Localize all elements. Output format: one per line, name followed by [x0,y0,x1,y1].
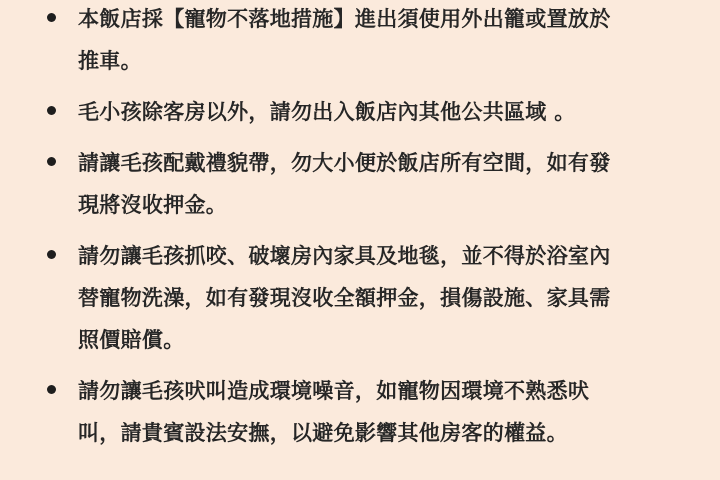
rule-item-furniture-damage: 請勿讓毛孩抓咬、破壞房內家具及地毯，並不得於浴室內 替寵物洗澡，如有發現沒收全額… [0,235,720,361]
bullet-icon [47,157,56,166]
bullet-icon [47,106,56,115]
pet-rules-list: 本飯店採【寵物不落地措施】進出須使用外出籠或置放於 推車。 毛小孩除客房以外，請… [0,0,720,463]
rule-item-manner-belt: 請讓毛孩配戴禮貌帶，勿大小便於飯店所有空間，如有發 現將沒收押金。 [0,142,720,226]
rule-text-line: 請勿讓毛孩抓咬、破壞房內家具及地毯，並不得於浴室內 [78,235,690,277]
rule-text-line: 請勿讓毛孩吠叫造成環境噪音，如寵物因環境不熟悉吠 [78,370,690,412]
rule-text-line: 毛小孩除客房以外，請勿出入飯店內其他公共區域 。 [78,91,690,133]
rule-text-line: 替寵物洗澡，如有發現沒收全額押金，損傷設施、家具需 [78,277,690,319]
bullet-icon [47,13,56,22]
bullet-icon [47,250,56,259]
rule-text-line: 請讓毛孩配戴禮貌帶，勿大小便於飯店所有空間，如有發 [78,142,690,184]
rule-item-public-areas: 毛小孩除客房以外，請勿出入飯店內其他公共區域 。 [0,91,720,133]
rule-text-line: 推車。 [78,40,690,82]
rule-text-line: 本飯店採【寵物不落地措施】進出須使用外出籠或置放於 [78,0,690,40]
bullet-icon [47,385,56,394]
rule-item-pet-not-on-ground: 本飯店採【寵物不落地措施】進出須使用外出籠或置放於 推車。 [0,0,720,82]
rule-text-line: 叫，請貴賓設法安撫，以避免影響其他房客的權益。 [78,412,690,454]
rule-text-line: 現將沒收押金。 [78,184,690,226]
rule-item-barking-noise: 請勿讓毛孩吠叫造成環境噪音，如寵物因環境不熟悉吠 叫，請貴賓設法安撫，以避免影響… [0,370,720,454]
pet-policy-document: 本飯店採【寵物不落地措施】進出須使用外出籠或置放於 推車。 毛小孩除客房以外，請… [0,0,720,480]
rule-text-line: 照價賠償。 [78,319,690,361]
